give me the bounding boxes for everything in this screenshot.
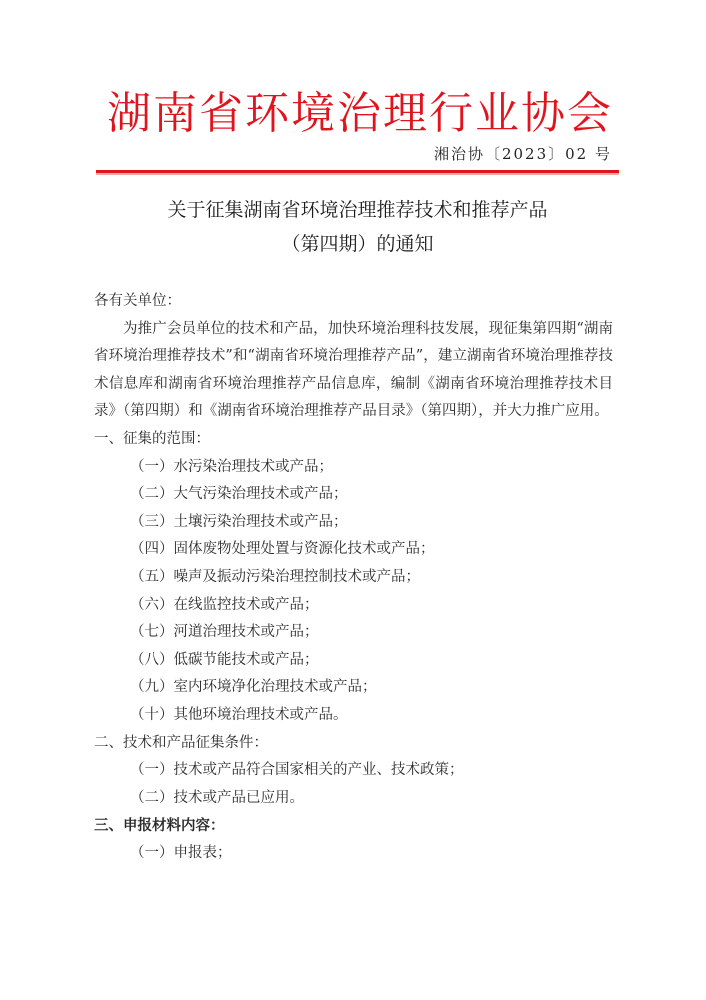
notice-title-line-2: （第四期）的通知 [96, 232, 619, 256]
letterhead-red-divider [96, 170, 619, 173]
notice-body: 各有关单位： 为推广会员单位的技术和产品，加快环境治理科技发展，现征集第四期“湖… [108, 288, 613, 867]
notice-title-line-1: 关于征集湖南省环境治理推荐技术和推荐产品 [96, 198, 619, 222]
scope-item-9: （九）室内环境净化治理技术或产品； [108, 674, 613, 702]
document-page: 湖南省环境治理行业协会 湘治协〔2023〕02 号 关于征集湖南省环境治理推荐技… [0, 0, 706, 1000]
condition-item-2: （二）技术或产品已应用。 [108, 785, 613, 813]
materials-item-1: （一）申报表； [108, 840, 613, 868]
scope-item-5: （五）噪声及振动污染治理控制技术或产品； [108, 564, 613, 592]
salutation: 各有关单位： [94, 288, 613, 316]
condition-item-1: （一）技术或产品符合国家相关的产业、技术政策； [108, 757, 613, 785]
document-number: 湘治协〔2023〕02 号 [434, 144, 612, 164]
scope-item-4: （四）固体废物处理处置与资源化技术或产品； [108, 536, 613, 564]
scope-item-8: （八）低碳节能技术或产品； [108, 647, 613, 675]
section-heading-scope: 一、征集的范围： [94, 426, 613, 454]
section-heading-materials: 三、申报材料内容： [94, 812, 613, 840]
scope-item-2: （二）大气污染治理技术或产品； [108, 481, 613, 509]
scope-item-7: （七）河道治理技术或产品； [108, 619, 613, 647]
organization-letterhead-title: 湖南省环境治理行业协会 [100, 88, 620, 140]
scope-item-1: （一）水污染治理技术或产品； [108, 454, 613, 482]
section-heading-conditions: 二、技术和产品征集条件： [94, 730, 613, 758]
intro-paragraph: 为推广会员单位的技术和产品，加快环境治理科技发展，现征集第四期“湖南省环境治理推… [94, 316, 613, 426]
scope-item-10: （十）其他环境治理技术或产品。 [108, 702, 613, 730]
scope-item-3: （三）土壤污染治理技术或产品； [108, 509, 613, 537]
scope-item-6: （六）在线监控技术或产品； [108, 592, 613, 620]
